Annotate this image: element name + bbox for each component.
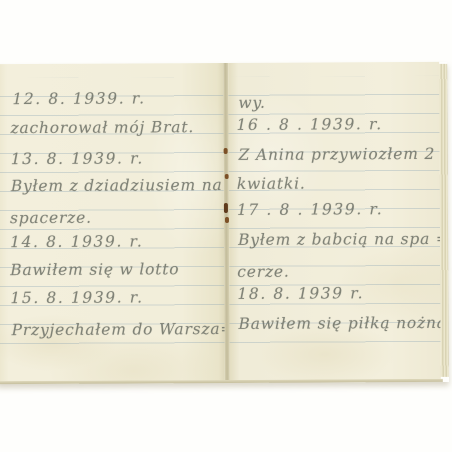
handwriting-line: zachorował mój Brat. — [10, 117, 194, 138]
notebook-right-page: wy. 16 . 8 . 1939. r. Z Anina przywiozłe… — [228, 62, 441, 380]
handwriting-line: 15. 8. 1939. r. — [10, 287, 143, 308]
handwriting-line: Byłem z dziadziusiem na — [11, 175, 223, 196]
handwriting-line: Bawiłem się w lotto — [10, 259, 179, 280]
open-notebook: 12. 8. 1939. r. zachorował mój Brat. 13.… — [0, 62, 449, 384]
handwriting-line: 18. 8. 1939 r. — [237, 283, 364, 304]
handwriting-line: spacerze. — [10, 208, 92, 228]
handwriting-line: 14. 8. 1939. r. — [10, 231, 143, 252]
handwriting-line: 17 . 8 . 1939. r. — [237, 199, 383, 220]
handwriting-line: cerze. — [237, 262, 289, 282]
handwriting-line: Przyjechałem do Warsza= — [12, 319, 225, 340]
staple — [224, 203, 228, 213]
handwriting-line: 12. 8. 1939. r. — [12, 88, 145, 109]
notebook-left-page: 12. 8. 1939. r. zachorował mój Brat. 13.… — [0, 63, 225, 381]
handwriting-line: Bawiłem się piłką nożną. — [238, 313, 440, 334]
handwriting-line: 16 . 8 . 1939. r. — [236, 114, 382, 135]
diary-photo: 12. 8. 1939. r. zachorował mój Brat. 13.… — [0, 0, 452, 452]
page-stack-edge — [439, 64, 449, 377]
handwriting-line: wy. — [238, 93, 265, 113]
handwriting-line: 13. 8. 1939. r. — [11, 148, 144, 169]
handwriting-line: Z Anina przywiozłem 2 — [239, 144, 436, 165]
handwriting-line: Byłem z babcią na spa = — [238, 229, 441, 250]
handwriting-line: kwiatki. — [237, 174, 306, 194]
staple — [224, 148, 228, 154]
